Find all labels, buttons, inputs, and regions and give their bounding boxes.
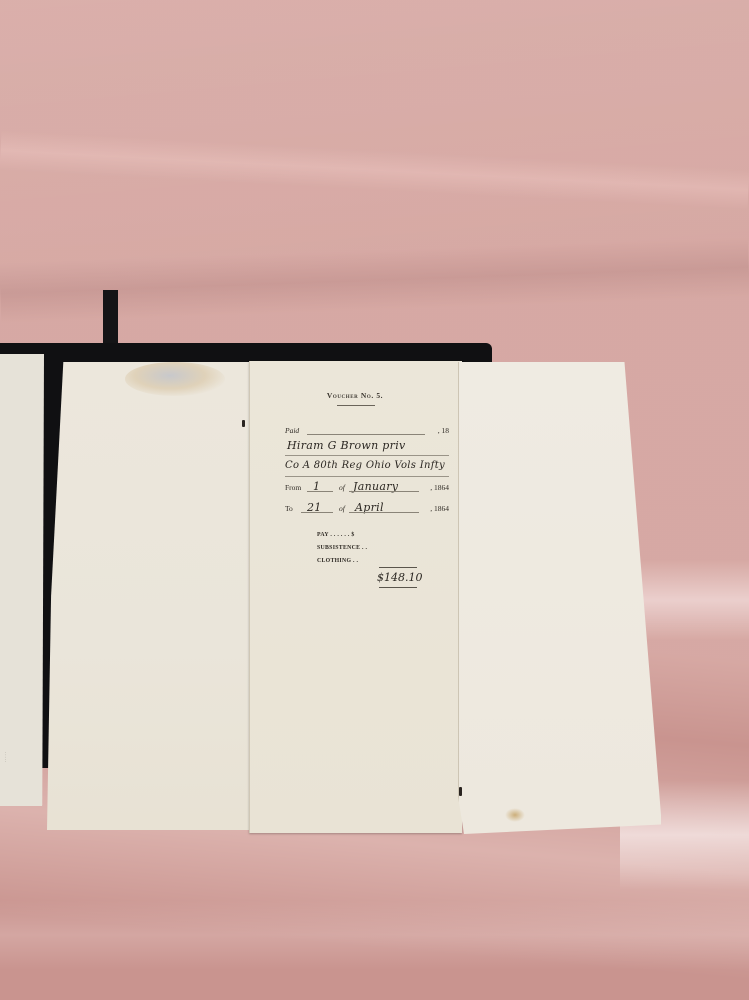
paid-label: Paid <box>285 426 299 435</box>
title-rule <box>337 405 375 406</box>
fabric-highlight <box>0 900 749 970</box>
subsistence-label: SUBSISTENCE . . <box>317 545 367 551</box>
to-label: To <box>285 504 293 513</box>
to-year: , 1864 <box>430 504 449 513</box>
faint-vertical-text: ..... <box>3 752 8 763</box>
fabric-highlight <box>0 130 749 209</box>
from-year: , 1864 <box>430 483 449 492</box>
clothing-label: CLOTHING . . <box>317 558 358 564</box>
rust-stain <box>505 808 525 822</box>
unit-rule <box>285 476 449 477</box>
paid-line: Paid , 18 <box>285 421 453 437</box>
paid-year: , 18 <box>438 426 449 435</box>
to-of: of <box>339 504 345 513</box>
paid-rule <box>307 434 425 435</box>
from-of: of <box>339 483 345 492</box>
water-stain <box>125 362 225 396</box>
document-panel-left <box>47 362 251 830</box>
document-panel-right <box>458 362 661 834</box>
to-line: To 21 of April , 1864 <box>285 499 453 515</box>
from-day-rule <box>307 491 333 492</box>
amount-rule-bottom <box>379 587 417 588</box>
voucher-title: Voucher No. 5. <box>249 391 461 400</box>
from-label: From <box>285 483 301 492</box>
from-month-rule <box>349 491 419 492</box>
voucher-form: Voucher No. 5. Paid , 18 Hiram G Brown p… <box>249 361 461 833</box>
total-amount: $148.10 <box>377 571 423 584</box>
ink-mark <box>242 420 245 427</box>
soldier-name: Hiram G Brown priv <box>287 439 406 452</box>
unit-designation: Co A 80th Reg Ohio Vols Infty <box>285 460 445 471</box>
left-partial-panel: ..... <box>0 354 44 806</box>
to-month-rule <box>349 512 419 513</box>
pay-label: PAY . . . . . . $ <box>317 532 355 538</box>
to-day-rule <box>301 512 333 513</box>
name-rule <box>285 455 449 456</box>
mount-tab <box>103 290 118 346</box>
from-line: From 1 of January , 1864 <box>285 478 453 494</box>
amount-rule-top <box>379 567 417 568</box>
